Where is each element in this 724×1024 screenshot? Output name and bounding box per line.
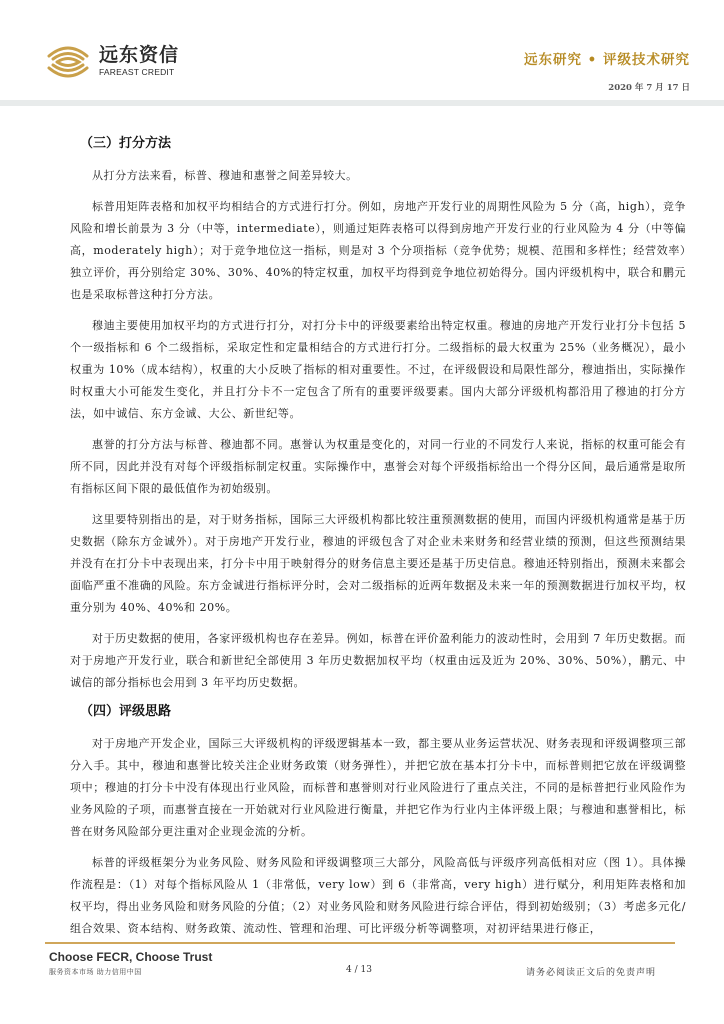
paragraph: 从打分方法来看，标普、穆迪和惠誉之间差异较大。 — [70, 165, 686, 187]
disclaimer-note: 请务必阅读正文后的免责声明 — [526, 965, 656, 978]
footer-divider — [45, 942, 675, 944]
paragraph: 标普的评级框架分为业务风险、财务风险和评级调整项三大部分，风险高低与评级序列高低… — [70, 852, 686, 940]
footer-sub-slogan: 服务资本市场 助力信用中国 — [49, 967, 142, 977]
footer-slogan: Choose FECR, Choose Trust — [49, 950, 212, 964]
report-date: 2020 年 7 月 17 日 — [608, 81, 690, 93]
section-title-rating-approach: （四）评级思路 — [80, 703, 686, 721]
logo-chinese-name: 远东资信 — [99, 45, 179, 65]
header-divider — [0, 100, 724, 106]
document-body: （三）打分方法 从打分方法来看，标普、穆迪和惠誉之间差异较大。 标普用矩阵表格和… — [70, 135, 686, 949]
page-number: 4 / 13 — [346, 965, 372, 975]
paragraph: 惠誉的打分方法与标普、穆迪都不同。惠誉认为权重是变化的，对同一行业的不同发行人来… — [70, 434, 686, 500]
fareast-logo-icon — [45, 42, 91, 80]
paragraph: 标普用矩阵表格和加权平均相结合的方式进行打分。例如，房地产开发行业的周期性风险为… — [70, 196, 686, 306]
page-header: 远东资信 FAREAST CREDIT 远东研究 • 评级技术研究 2020 年… — [0, 0, 724, 100]
paragraph: 这里要特别指出的是，对于财务指标，国际三大评级机构都比较注重预测数据的使用，而国… — [70, 509, 686, 619]
paragraph: 穆迪主要使用加权平均的方式进行打分，对打分卡中的评级要素给出特定权重。穆迪的房地… — [70, 315, 686, 425]
paragraph: 对于房地产开发企业，国际三大评级机构的评级逻辑基本一致，都主要从业务运营状况、财… — [70, 733, 686, 843]
logo-english-name: FAREAST CREDIT — [99, 67, 179, 77]
series-title: 远东研究 • 评级技术研究 — [524, 48, 690, 68]
paragraph: 对于历史数据的使用，各家评级机构也存在差异。例如，标普在评价盈利能力的波动性时，… — [70, 628, 686, 694]
section-title-scoring-method: （三）打分方法 — [80, 135, 686, 153]
company-logo: 远东资信 FAREAST CREDIT — [45, 42, 179, 80]
